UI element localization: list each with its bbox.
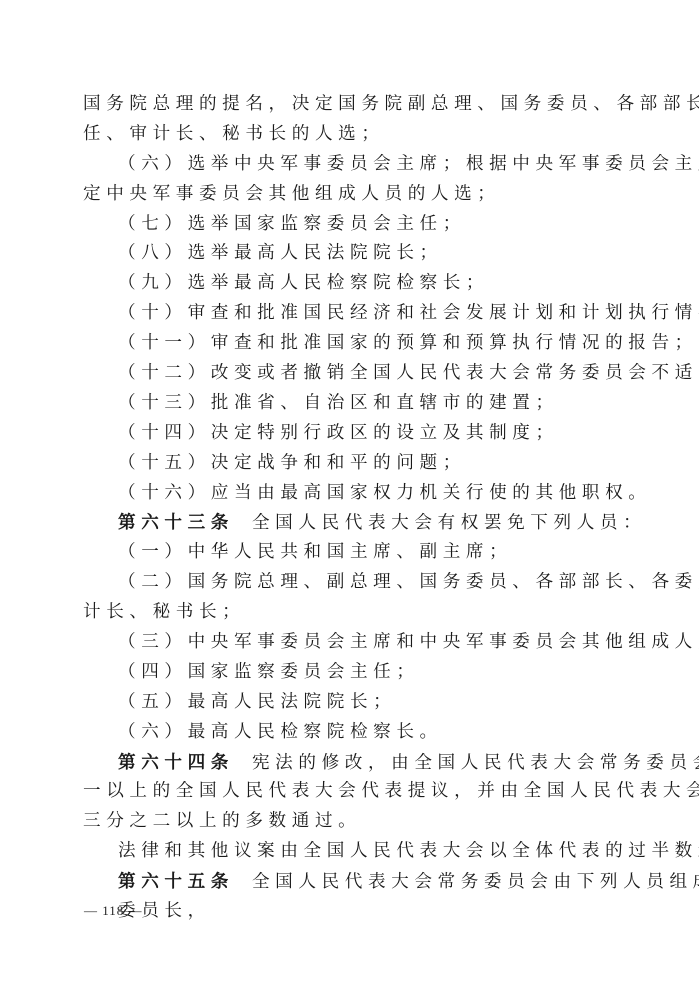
list-item: （四）国家监察委员会主任； — [83, 658, 623, 688]
list-item: （十六）应当由最高国家权力机关行使的其他职权。 — [83, 479, 623, 509]
text-line: 计长、秘书长； — [83, 598, 623, 628]
list-item: （三）中央军事委员会主席和中央军事委员会其他组成人员； — [83, 628, 623, 658]
list-item: （十一）审查和批准国家的预算和预算执行情况的报告； — [83, 329, 623, 359]
list-item: （十）审查和批准国民经济和社会发展计划和计划执行情况的报告； — [83, 299, 623, 329]
document-page: 国务院总理的提名，决定国务院副总理、国务委员、各部部长、各委员会主 任、审计长、… — [0, 0, 699, 983]
list-item: （十三）批准省、自治区和直辖市的建置； — [83, 389, 623, 419]
list-item: （十五）决定战争和和平的问题； — [83, 449, 623, 479]
list-item: （一）中华人民共和国主席、副主席； — [83, 538, 623, 568]
list-item: （六）最高人民检察院检察长。 — [83, 718, 623, 748]
list-item: （十四）决定特别行政区的设立及其制度； — [83, 419, 623, 449]
article-heading: 第六十四条 — [118, 752, 234, 773]
list-item: 委员长， — [83, 897, 623, 927]
list-item: （十二）改变或者撤销全国人民代表大会常务委员会不适当的决定； — [83, 359, 623, 389]
list-item: （二）国务院总理、副总理、国务委员、各部部长、各委员会主任、审 — [83, 568, 623, 598]
article-64: 第六十四条宪法的修改，由全国人民代表大会常务委员会或者五分之 — [83, 748, 623, 778]
list-item: （六）选举中央军事委员会主席；根据中央军事委员会主席的提名，决 — [83, 150, 623, 180]
article-text: 全国人民代表大会常务委员会由下列人员组成： — [252, 872, 699, 892]
article-65: 第六十五条全国人民代表大会常务委员会由下列人员组成： — [83, 867, 623, 897]
page-number: — 118 — — [84, 903, 143, 919]
list-item: （九）选举最高人民检察院检察长； — [83, 269, 623, 299]
article-text: 宪法的修改，由全国人民代表大会常务委员会或者五分之 — [252, 753, 699, 773]
article-heading: 第六十五条 — [118, 871, 234, 892]
paragraph: 法律和其他议案由全国人民代表大会以全体代表的过半数通过。 — [83, 837, 623, 867]
text-line: 三分之二以上的多数通过。 — [83, 807, 623, 837]
list-item: （五）最高人民法院院长； — [83, 688, 623, 718]
list-item: （七）选举国家监察委员会主任； — [83, 210, 623, 240]
body-text: 国务院总理的提名，决定国务院副总理、国务委员、各部部长、各委员会主 任、审计长、… — [83, 90, 623, 927]
text-line: 一以上的全国人民代表大会代表提议，并由全国人民代表大会以全体代表的 — [83, 777, 623, 807]
list-item: （八）选举最高人民法院院长； — [83, 239, 623, 269]
text-line: 定中央军事委员会其他组成人员的人选； — [83, 180, 623, 210]
text-line: 国务院总理的提名，决定国务院副总理、国务委员、各部部长、各委员会主 — [83, 90, 623, 120]
text-line: 任、审计长、秘书长的人选； — [83, 120, 623, 150]
article-text: 全国人民代表大会有权罢免下列人员： — [252, 513, 646, 533]
article-heading: 第六十三条 — [118, 512, 234, 533]
article-63: 第六十三条全国人民代表大会有权罢免下列人员： — [83, 508, 623, 538]
